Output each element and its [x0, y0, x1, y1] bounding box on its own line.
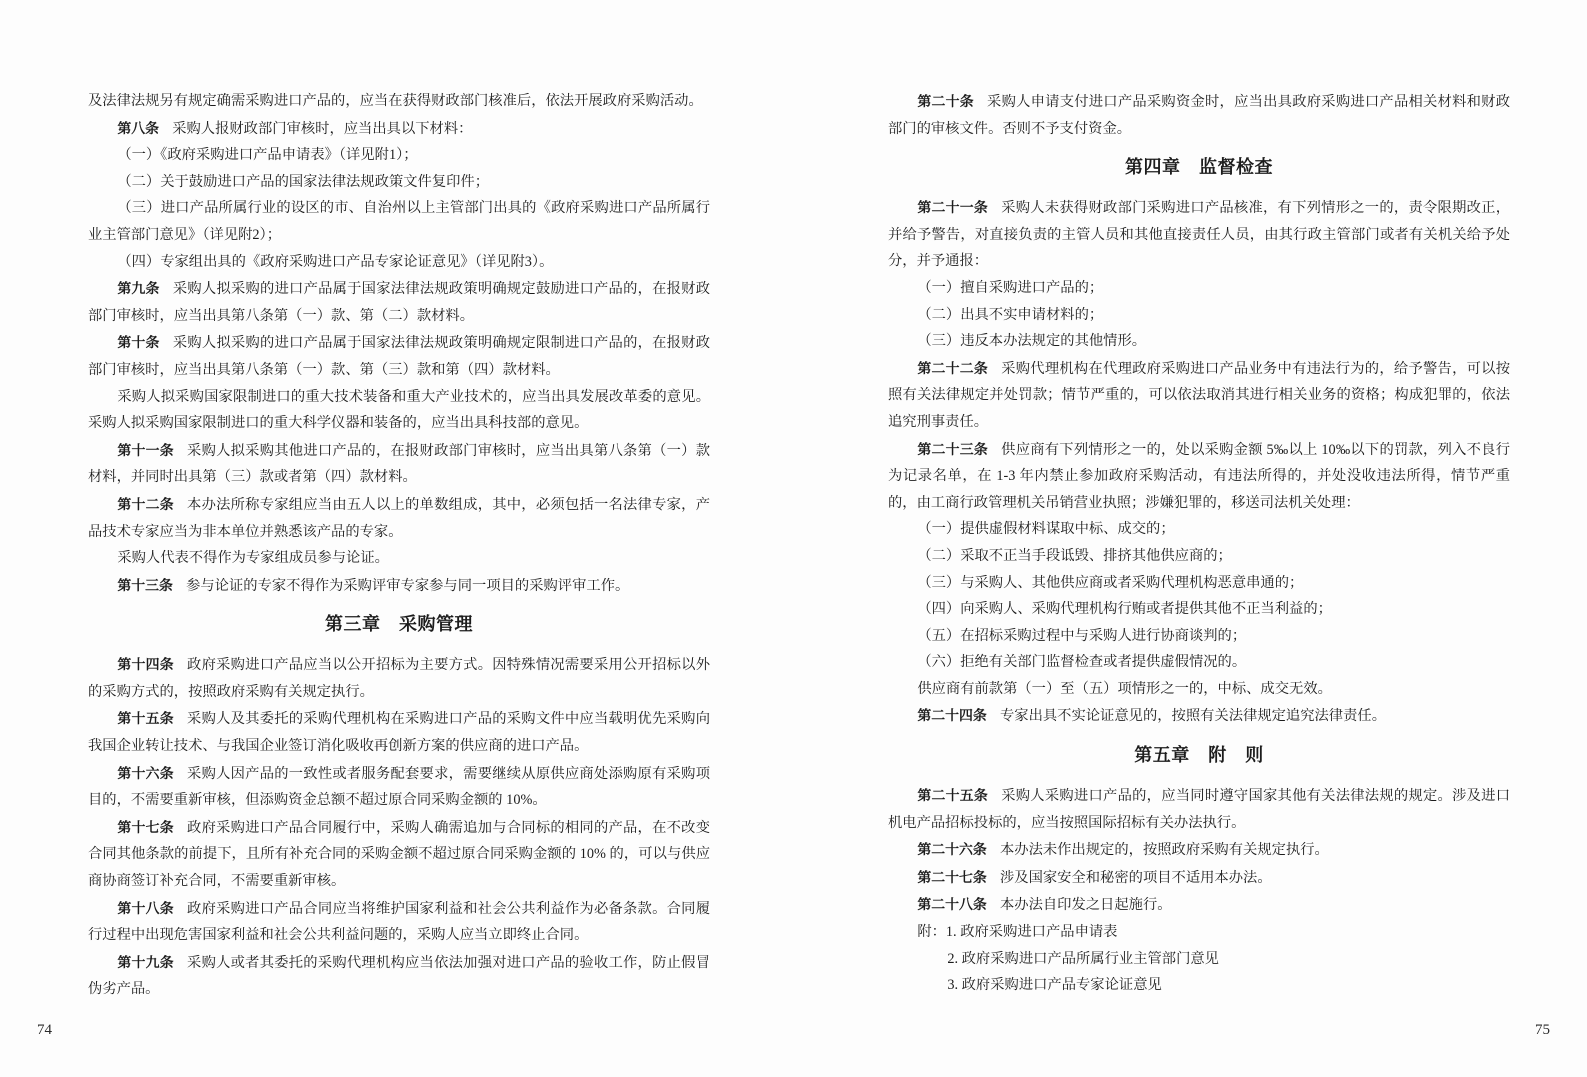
paragraph: （二）采取不正当手段诋毁、排挤其他供应商的； — [888, 543, 1510, 570]
paragraph: （三）与采购人、其他供应商或者采购代理机构恶意串通的； — [888, 570, 1510, 597]
article-number: 第九条 — [117, 280, 159, 296]
paragraph: （四）向采购人、采购代理机构行贿或者提供其他不正当利益的； — [888, 596, 1510, 623]
right-page-content: 第二十条采购人申请支付进口产品采购资金时，应当出具政府采购进口产品相关材料和财政… — [888, 88, 1510, 999]
article-number: 第十九条 — [117, 954, 174, 970]
article-number: 第十二条 — [117, 496, 174, 512]
chapter-heading: 第四章 监督检查 — [888, 154, 1510, 181]
paragraph: （六）拒绝有关部门监督检查或者提供虚假情况的。 — [888, 649, 1510, 676]
paragraph: 2. 政府采购进口产品所属行业主管部门意见 — [947, 946, 1510, 973]
page-number-left: 74 — [37, 1022, 52, 1038]
paragraph: （二）出具不实申请材料的； — [888, 302, 1510, 329]
paragraph: 第八条采购人报财政部门审核时，应当出具以下材料： — [88, 115, 710, 143]
paragraph: 第十八条政府采购进口产品合同应当将维护国家利益和社会公共利益作为必备条款。合同履… — [88, 895, 710, 949]
paragraph: （三）进口产品所属行业的设区的市、自治州以上主管部门出具的《政府采购进口产品所属… — [88, 195, 710, 248]
paragraph: 第十一条采购人拟采购其他进口产品的，在报财政部门审核时，应当出具第八条第（一）款… — [88, 437, 710, 491]
article-number: 第十七条 — [117, 819, 174, 835]
article-number: 第十一条 — [117, 442, 174, 458]
paragraph: （二）关于鼓励进口产品的国家法律法规政策文件复印件； — [88, 169, 710, 196]
paragraph: （四）专家组出具的《政府采购进口产品专家论证意见》（详见附3）。 — [88, 249, 710, 276]
paragraph: （一）《政府采购进口产品申请表》（详见附1）； — [88, 142, 710, 169]
paragraph: 第二十三条供应商有下列情形之一的，处以采购金额 5‰以上 10‰以下的罚款，列入… — [888, 436, 1510, 517]
article-number: 第二十七条 — [917, 869, 986, 885]
paragraph: 第二十四条专家出具不实论证意见的，按照有关法律规定追究法律责任。 — [888, 702, 1510, 730]
article-number: 第十三条 — [117, 577, 173, 593]
paragraph: 第十五条采购人及其委托的采购代理机构在采购进口产品的采购文件中应当载明优先采购向… — [88, 705, 710, 759]
article-number: 第二十八条 — [917, 896, 986, 912]
paragraph: 第二十一条采购人未获得财政部门采购进口产品核准，有下列情形之一的，责令限期改正，… — [888, 194, 1510, 275]
paragraph: 第十七条政府采购进口产品合同履行中，采购人确需追加与合同标的相同的产品，在不改变… — [88, 814, 710, 895]
paragraph: 第二十五条采购人采购进口产品的，应当同时遵守国家其他有关法律法规的规定。涉及进口… — [888, 782, 1510, 836]
paragraph: 第二十六条本办法未作出规定的，按照政府采购有关规定执行。 — [888, 836, 1510, 864]
page-number-right: 75 — [1535, 1022, 1550, 1038]
article-number: 第十六条 — [117, 765, 174, 781]
article-number: 第十五条 — [117, 710, 174, 726]
paragraph: （五）在招标采购过程中与采购人进行协商谈判的； — [888, 623, 1510, 650]
paragraph: 第十六条采购人因产品的一致性或者服务配套要求，需要继续从原供应商处添购原有采购项… — [88, 760, 710, 814]
article-number: 第二十三条 — [917, 441, 988, 457]
chapter-heading: 第五章 附 则 — [888, 742, 1510, 769]
paragraph: 第二十二条采购代理机构在代理政府采购进口产品业务中有违法行为的，给予警告，可以按… — [888, 355, 1510, 436]
chapter-heading: 第三章 采购管理 — [88, 611, 710, 638]
article-number: 第二十二条 — [917, 360, 988, 376]
paragraph: 第二十条采购人申请支付进口产品采购资金时，应当出具政府采购进口产品相关材料和财政… — [888, 88, 1510, 142]
paragraph: 第二十八条本办法自印发之日起施行。 — [888, 891, 1510, 919]
paragraph: 3. 政府采购进口产品专家论证意见 — [947, 972, 1510, 999]
article-number: 第十八条 — [117, 900, 174, 916]
left-page-content: 及法律法规另有规定确需采购进口产品的，应当在获得财政部门核准后，依法开展政府采购… — [88, 88, 710, 1003]
paragraph: 采购人代表不得作为专家组成员参与论证。 — [88, 545, 710, 572]
article-number: 第二十条 — [917, 93, 974, 109]
paragraph: 第十条采购人拟采购的进口产品属于国家法律法规政策明确规定限制进口产品的，在报财政… — [88, 329, 710, 383]
paragraph: 第十九条采购人或者其委托的采购代理机构应当依法加强对进口产品的验收工作，防止假冒… — [88, 949, 710, 1003]
article-number: 第二十一条 — [917, 199, 988, 215]
paragraph: 第九条采购人拟采购的进口产品属于国家法律法规政策明确规定鼓励进口产品的，在报财政… — [88, 275, 710, 329]
paragraph: （一）提供虚假材料谋取中标、成交的； — [888, 516, 1510, 543]
paragraph: 供应商有前款第（一）至（五）项情形之一的，中标、成交无效。 — [888, 676, 1510, 703]
paragraph: 及法律法规另有规定确需采购进口产品的，应当在获得财政部门核准后，依法开展政府采购… — [88, 88, 710, 115]
paragraph: 第十三条参与论证的专家不得作为采购评审专家参与同一项目的采购评审工作。 — [88, 572, 710, 600]
article-number: 第八条 — [117, 120, 159, 136]
article-number: 第二十四条 — [917, 707, 986, 723]
paragraph: 第十四条政府采购进口产品应当以公开招标为主要方式。因特殊情况需要采用公开招标以外… — [88, 651, 710, 705]
paragraph: （三）违反本办法规定的其他情形。 — [888, 328, 1510, 355]
paragraph: 附：1. 政府采购进口产品申请表 — [888, 919, 1510, 946]
paragraph: （一）擅自采购进口产品的； — [888, 275, 1510, 302]
right-page: 第二十条采购人申请支付进口产品采购资金时，应当出具政府采购进口产品相关材料和财政… — [888, 88, 1510, 999]
paragraph: 采购人拟采购国家限制进口的重大技术装备和重大产业技术的，应当出具发展改革委的意见… — [88, 384, 710, 437]
paragraph: 第二十七条涉及国家安全和秘密的项目不适用本办法。 — [888, 864, 1510, 892]
article-number: 第二十五条 — [917, 787, 988, 803]
left-page: 及法律法规另有规定确需采购进口产品的，应当在获得财政部门核准后，依法开展政府采购… — [88, 88, 710, 1003]
article-number: 第十四条 — [117, 656, 174, 672]
article-number: 第十条 — [117, 334, 159, 350]
article-number: 第二十六条 — [917, 841, 986, 857]
paragraph: 第十二条本办法所称专家组应当由五人以上的单数组成，其中，必须包括一名法律专家，产… — [88, 491, 710, 545]
